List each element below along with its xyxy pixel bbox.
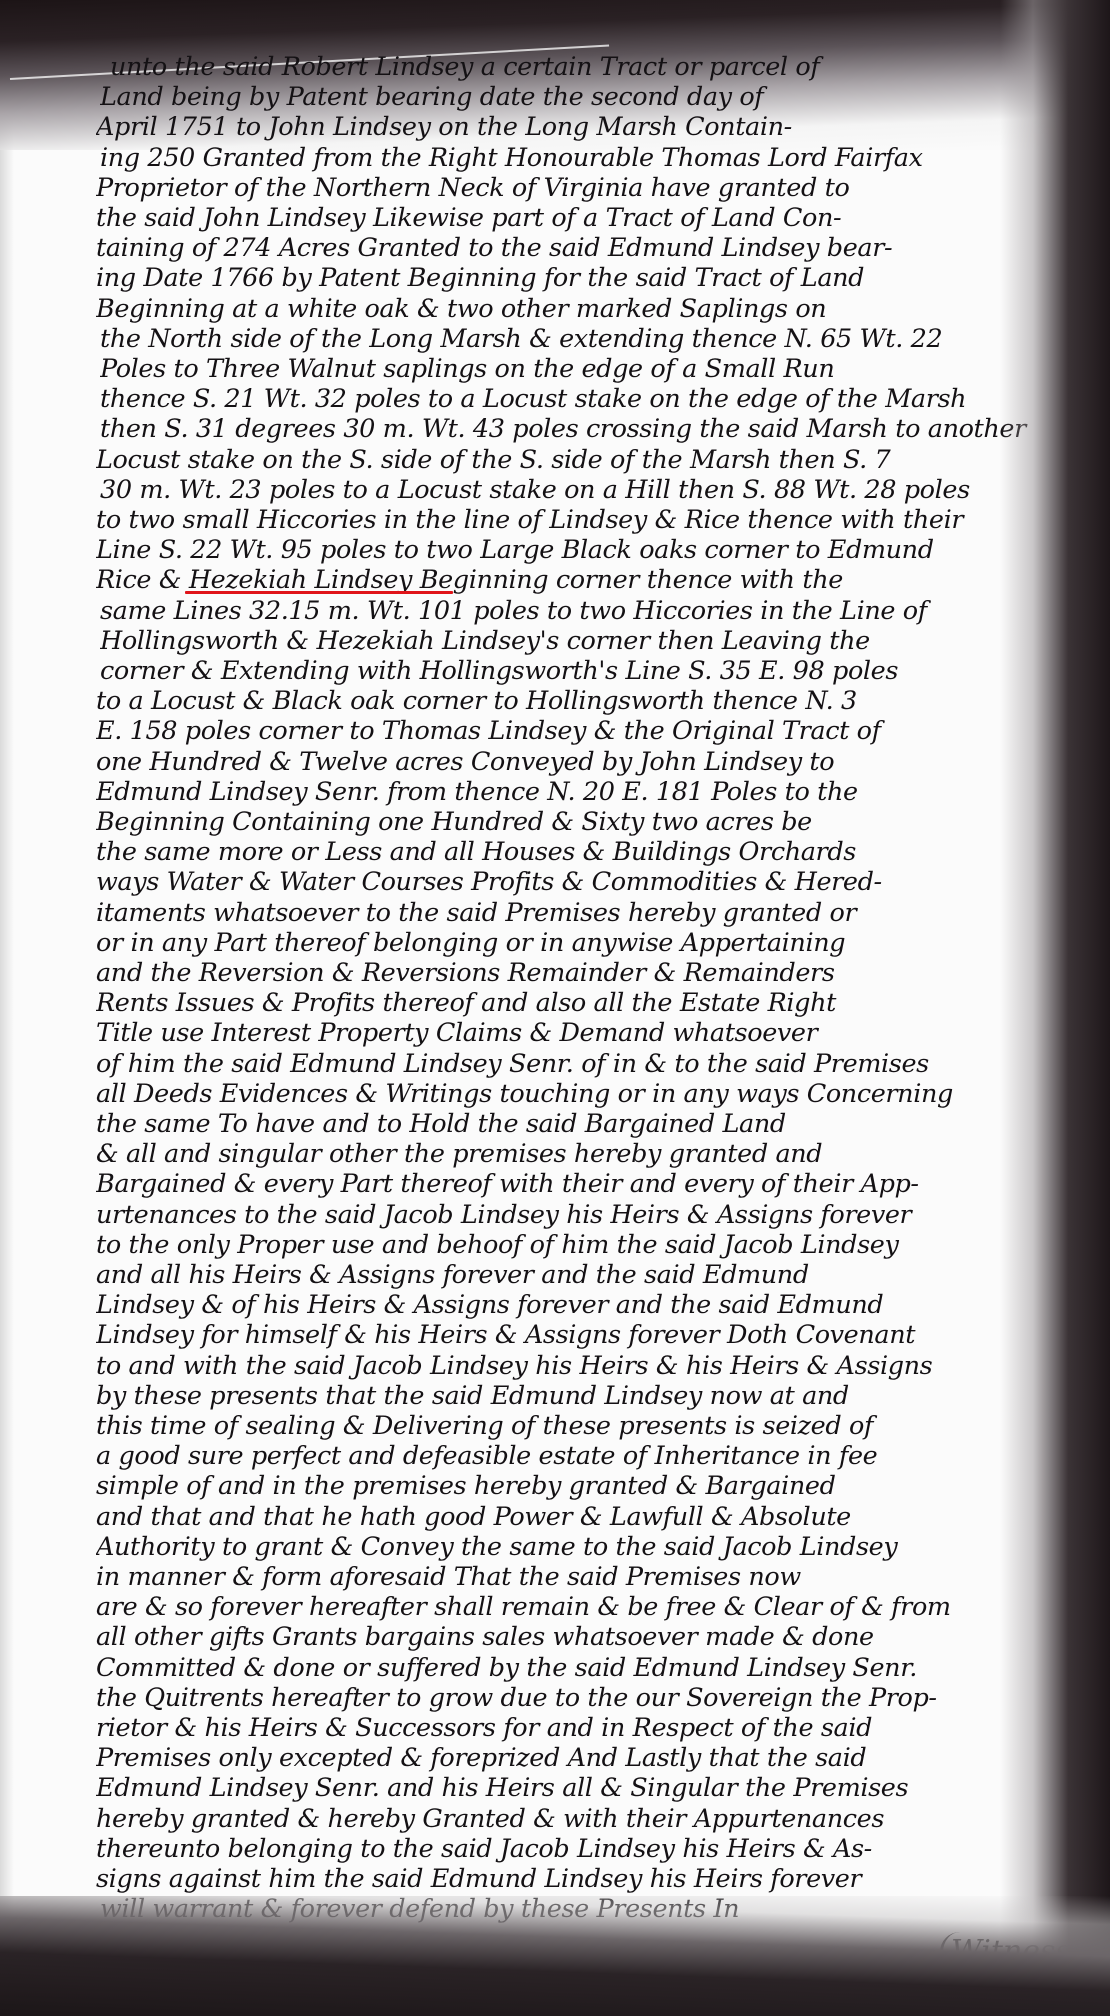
scan-bottom-shadow [0, 1896, 1110, 2016]
scan-left-edge [0, 0, 14, 2016]
red-underline-hezekiah-lindsey [185, 591, 453, 594]
scanned-deed-page: unto the said Robert Lindsey a certain T… [0, 0, 1110, 2016]
scan-right-shadow [1000, 0, 1110, 2016]
